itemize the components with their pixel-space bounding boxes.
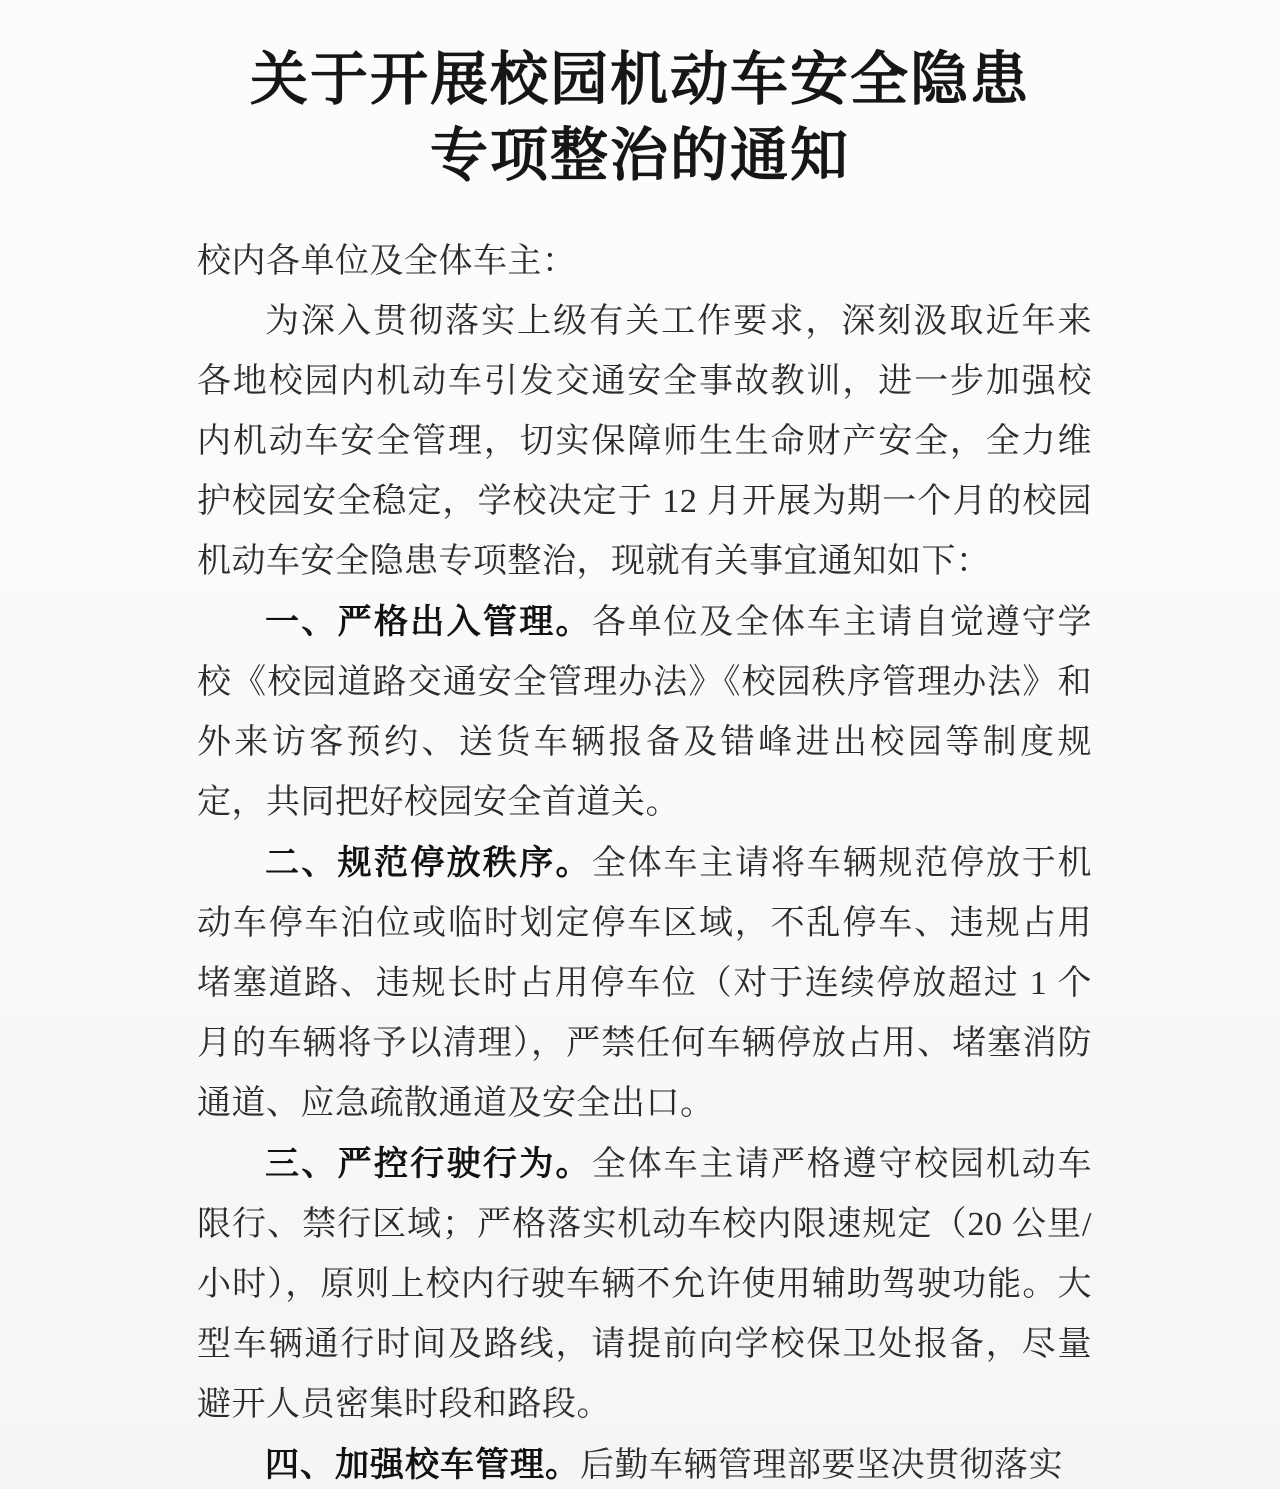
section-4-heading: 四、加强校车管理。	[265, 1446, 580, 1484]
section-2-body: 全体车主请将车辆规范停放于机动车停车泊位或临时划定停车区域，不乱停车、违规占用堵…	[197, 845, 1092, 1122]
section-4-paragraph: 四、加强校车管理。后勤车辆管理部要坚决贯彻落实	[197, 1435, 1092, 1489]
section-2-paragraph: 二、规范停放秩序。全体车主请将车辆规范停放于机动车停车泊位或临时划定停车区域，不…	[197, 833, 1092, 1134]
document-title-line-1: 关于开展校园机动车安全隐患	[90, 42, 1190, 118]
section-1-heading: 一、严格出入管理。	[265, 603, 592, 641]
section-1-paragraph: 一、严格出入管理。各单位及全体车主请自觉遵守学校《校园道路交通安全管理办法》《校…	[197, 592, 1092, 833]
section-3-paragraph: 三、严控行驶行为。全体车主请严格遵守校园机动车限行、禁行区域；严格落实机动车校内…	[197, 1134, 1092, 1435]
notice-document-page: 关于开展校园机动车安全隐患 专项整治的通知 校内各单位及全体车主： 为深入贯彻落…	[0, 0, 1280, 1489]
document-title-line-2: 专项整治的通知	[90, 118, 1190, 194]
intro-paragraph: 为深入贯彻落实上级有关工作要求，深刻汲取近年来各地校园内机动车引发交通安全事故教…	[197, 292, 1092, 592]
section-4-body: 后勤车辆管理部要坚决贯彻落实	[580, 1447, 1063, 1484]
section-3-body: 全体车主请严格遵守校园机动车限行、禁行区域；严格落实机动车校内限速规定（20 公…	[197, 1146, 1092, 1423]
section-2-heading: 二、规范停放秩序。	[265, 844, 592, 882]
document-title: 关于开展校园机动车安全隐患 专项整治的通知	[90, 42, 1190, 194]
section-3-heading: 三、严控行驶行为。	[265, 1145, 592, 1183]
document-body: 校内各单位及全体车主： 为深入贯彻落实上级有关工作要求，深刻汲取近年来各地校园内…	[197, 232, 1092, 1489]
salutation: 校内各单位及全体车主：	[197, 232, 1092, 292]
